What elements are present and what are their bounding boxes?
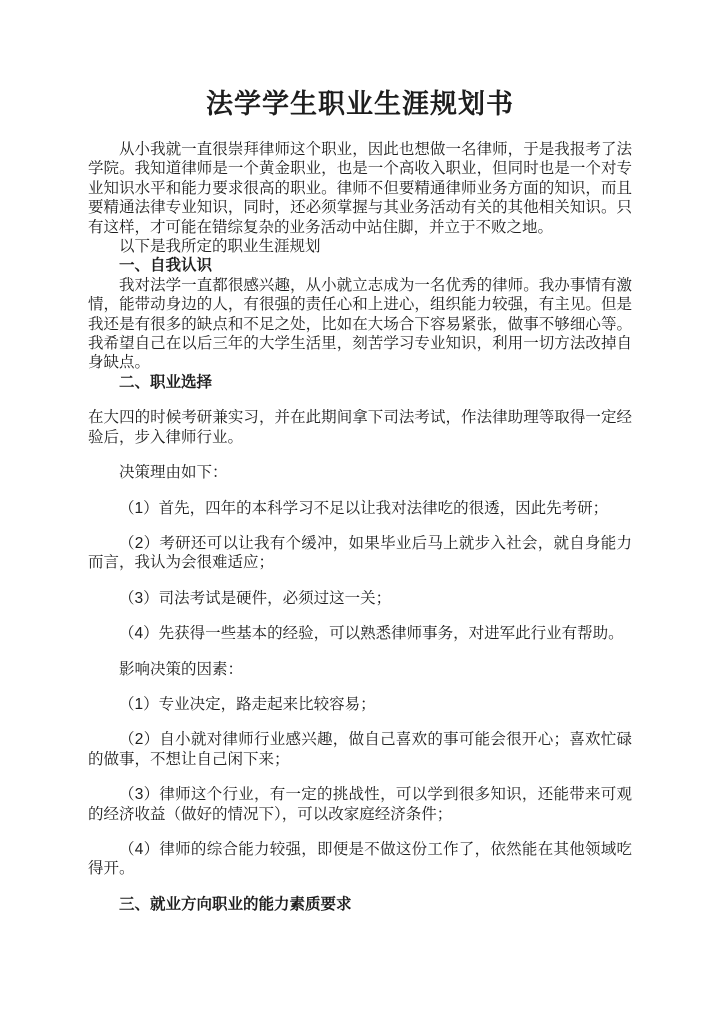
plan-intro-line: 以下是我所定的职业生涯规划	[88, 237, 632, 256]
section-heading-career-choice: 二、职业选择	[88, 373, 632, 392]
decision-factor-item: （3）律师这个行业，有一定的挑战性，可以学到很多知识，还能带来可观的经济收益（做…	[88, 785, 632, 824]
self-awareness-paragraph: 我对法学一直都很感兴趣，从小就立志成为一名优秀的律师。我办事情有激情，能带动身边…	[88, 276, 632, 373]
decision-reasons-label: 决策理由如下：	[88, 463, 632, 482]
decision-factors-label: 影响决策的因素：	[88, 660, 632, 679]
decision-factor-item: （2）自小就对律师行业感兴趣，做自己喜欢的事可能会很开心；喜欢忙碌的做事，不想让…	[88, 730, 632, 769]
document-title: 法学学生职业生涯规划书	[88, 86, 632, 122]
decision-reason-item: （2）考研还可以让我有个缓冲，如果毕业后马上就步入社会，就自身能力而言，我认为会…	[88, 534, 632, 573]
section-heading-self-awareness: 一、自我认识	[88, 256, 632, 275]
document-page: 法学学生职业生涯规划书 从小我就一直很崇拜律师这个职业，因此也想做一名律师，于是…	[0, 0, 720, 1017]
section-heading-ability-requirements: 三、就业方向职业的能力素质要求	[88, 895, 632, 914]
decision-reason-item: （1）首先，四年的本科学习不足以让我对法律吃的很透，因此先考研；	[88, 499, 632, 518]
decision-factor-item: （4）律师的综合能力较强，即便是不做这份工作了，依然能在其他领域吃得开。	[88, 840, 632, 879]
decision-reason-item: （3）司法考试是硬件，必须过这一关；	[88, 589, 632, 608]
decision-factor-item: （1）专业决定，路走起来比较容易；	[88, 695, 632, 714]
career-plan-paragraph: 在大四的时候考研兼实习，并在此期间拿下司法考试，作法律助理等取得一定经验后，步入…	[88, 408, 632, 447]
intro-paragraph: 从小我就一直很崇拜律师这个职业，因此也想做一名律师，于是我报考了法学院。我知道律…	[88, 140, 632, 237]
decision-reason-item: （4）先获得一些基本的经验，可以熟悉律师事务，对进军此行业有帮助。	[88, 624, 632, 643]
